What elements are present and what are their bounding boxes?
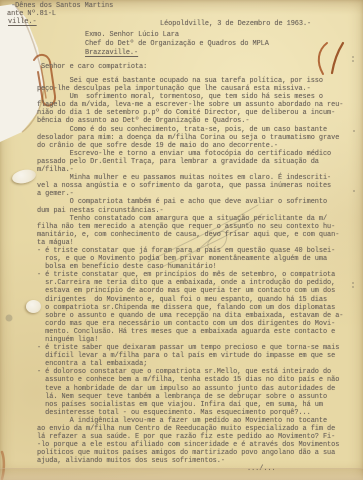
punch-hole [11,168,37,186]
ink-speck [352,282,354,284]
rust-curve-left [319,43,327,74]
salutation: Senhor e caro compatriota: [41,63,147,71]
bottom-edge-discoloration [0,468,363,480]
recipient-block: Exmo. Senhor Lúcio Lara Chef do Detº de … [85,31,269,49]
sender-block: -Dênes dos Santos Martins ante Nº.81-L [7,2,113,18]
ink-speck [353,190,355,192]
ink-speck [353,130,355,132]
date-line: Léopoldville, 3 de Dezembro de 1963.- [160,20,311,28]
sender-city: ville.- [8,18,37,26]
ink-speck [352,60,354,62]
ink-speck [352,56,354,58]
recipient-city: Brazzaville.- [85,49,138,57]
letter-body: Sei que está bastante ocupado na sua tar… [37,77,343,466]
ink-speck [352,286,354,288]
smudge-mark [6,315,13,322]
rust-curve-right [332,43,343,73]
letter-page: -Dênes dos Santos Martins ante Nº.81-L v… [0,0,363,480]
